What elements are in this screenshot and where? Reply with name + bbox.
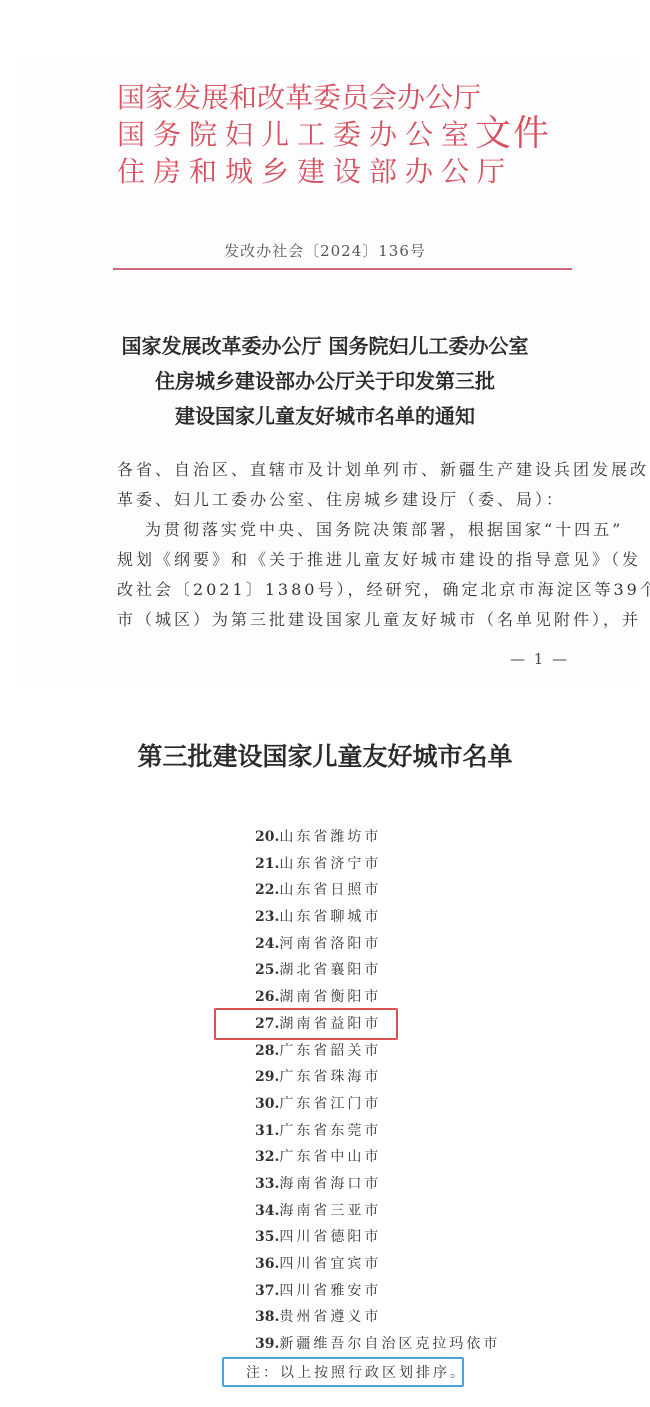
item-number: 29.	[255, 1069, 279, 1085]
list-item: 23.山东省聊城市	[255, 904, 500, 931]
item-number: 39.	[255, 1336, 279, 1352]
list-item: 39.新疆维吾尔自治区克拉玛依市	[255, 1331, 500, 1358]
highlight-box	[214, 1008, 398, 1040]
list-item: 32.广东省中山市	[255, 1144, 500, 1171]
body-line: 规划《纲要》和《关于推进儿童友好城市建设的指导意见》（发	[117, 549, 641, 571]
issuer-mohurd: 住房和城乡建设部办公厅	[117, 154, 513, 190]
body-line: 市（城区）为第三批建设国家儿童友好城市（名单见附件），并	[117, 609, 641, 631]
item-name: 广东省韶关市	[279, 1043, 381, 1059]
notice-title-line-1: 国家发展改革委办公厅 国务院妇儿工委办公室	[0, 330, 650, 362]
list-item: 22.山东省日照市	[255, 877, 500, 904]
list-item: 21.山东省济宁市	[255, 851, 500, 878]
item-name: 山东省日照市	[279, 882, 381, 898]
item-number: 20.	[255, 829, 279, 845]
notice-title-line-3: 建设国家儿童友好城市名单的通知	[0, 400, 650, 432]
list-item: 38.贵州省遵义市	[255, 1304, 500, 1331]
item-name: 四川省雅安市	[279, 1283, 381, 1299]
item-name: 贵州省遵义市	[279, 1309, 381, 1325]
item-name: 广东省东莞市	[279, 1123, 381, 1139]
body-line: 革委、妇儿工委办公室、住房城乡建设厅（委、局）：	[117, 489, 565, 511]
list-item: 33.海南省海口市	[255, 1171, 500, 1198]
item-number: 31.	[255, 1123, 279, 1139]
item-name: 广东省江门市	[279, 1096, 381, 1112]
item-name: 山东省济宁市	[279, 856, 381, 872]
list-item: 35.四川省德阳市	[255, 1224, 500, 1251]
item-number: 28.	[255, 1043, 279, 1059]
item-name: 湖北省襄阳市	[279, 962, 381, 978]
item-name: 海南省海口市	[279, 1176, 381, 1192]
list-item: 24.河南省洛阳市	[255, 931, 500, 958]
item-number: 37.	[255, 1283, 279, 1299]
item-number: 35.	[255, 1229, 279, 1245]
item-name: 海南省三亚市	[279, 1203, 381, 1219]
list-item: 25.湖北省襄阳市	[255, 957, 500, 984]
item-number: 24.	[255, 936, 279, 952]
item-name: 新疆维吾尔自治区克拉玛依市	[279, 1336, 500, 1352]
list-item: 20.山东省潍坊市	[255, 824, 500, 851]
list-item: 30.广东省江门市	[255, 1091, 500, 1118]
item-number: 26.	[255, 989, 279, 1005]
item-name: 山东省潍坊市	[279, 829, 381, 845]
item-name: 四川省宜宾市	[279, 1256, 381, 1272]
item-name: 广东省珠海市	[279, 1069, 381, 1085]
item-number: 34.	[255, 1203, 279, 1219]
item-number: 30.	[255, 1096, 279, 1112]
note-box: 注：以上按照行政区划排序。	[222, 1357, 464, 1387]
item-number: 32.	[255, 1149, 279, 1165]
item-number: 22.	[255, 882, 279, 898]
item-number: 21.	[255, 856, 279, 872]
item-number: 33.	[255, 1176, 279, 1192]
notice-title-line-2: 住房城乡建设部办公厅关于印发第三批	[0, 365, 650, 397]
body-line: 改社会〔2021〕1380号），经研究，确定北京市海淀区等39个城	[117, 579, 650, 601]
list-item: 36.四川省宜宾市	[255, 1251, 500, 1278]
list-item: 31.广东省东莞市	[255, 1118, 500, 1145]
issuer-ndrc: 国家发展和改革委员会办公厅	[117, 80, 481, 116]
body-line: 各省、自治区、直辖市及计划单列市、新疆生产建设兵团发展改	[117, 459, 649, 481]
list-item: 37.四川省雅安市	[255, 1278, 500, 1305]
list-item: 34.海南省三亚市	[255, 1198, 500, 1225]
item-number: 23.	[255, 909, 279, 925]
body-line: 为贯彻落实党中央、国务院决策部署，根据国家“十四五”	[145, 519, 623, 541]
item-number: 38.	[255, 1309, 279, 1325]
item-name: 广东省中山市	[279, 1149, 381, 1165]
item-name: 山东省聊城市	[279, 909, 381, 925]
doc-type-label: 文件	[475, 112, 551, 156]
red-divider	[113, 268, 572, 270]
item-number: 36.	[255, 1256, 279, 1272]
list-title: 第三批建设国家儿童友好城市名单	[0, 740, 650, 774]
issuer-nwccw: 国务院妇儿工委办公室	[117, 117, 477, 153]
item-name: 河南省洛阳市	[279, 936, 381, 952]
document-number: 发改办社会〔2024〕136号	[0, 240, 650, 261]
page-number: — 1 —	[510, 650, 569, 668]
item-name: 四川省德阳市	[279, 1229, 381, 1245]
list-item: 28.广东省韶关市	[255, 1038, 500, 1065]
item-number: 25.	[255, 962, 279, 978]
list-item: 26.湖南省衡阳市	[255, 984, 500, 1011]
item-name: 湖南省衡阳市	[279, 989, 381, 1005]
note-text: 注：以上按照行政区划排序。	[246, 1362, 467, 1382]
list-item: 29.广东省珠海市	[255, 1064, 500, 1091]
city-list: 20.山东省潍坊市 21.山东省济宁市 22.山东省日照市 23.山东省聊城市 …	[255, 824, 500, 1358]
